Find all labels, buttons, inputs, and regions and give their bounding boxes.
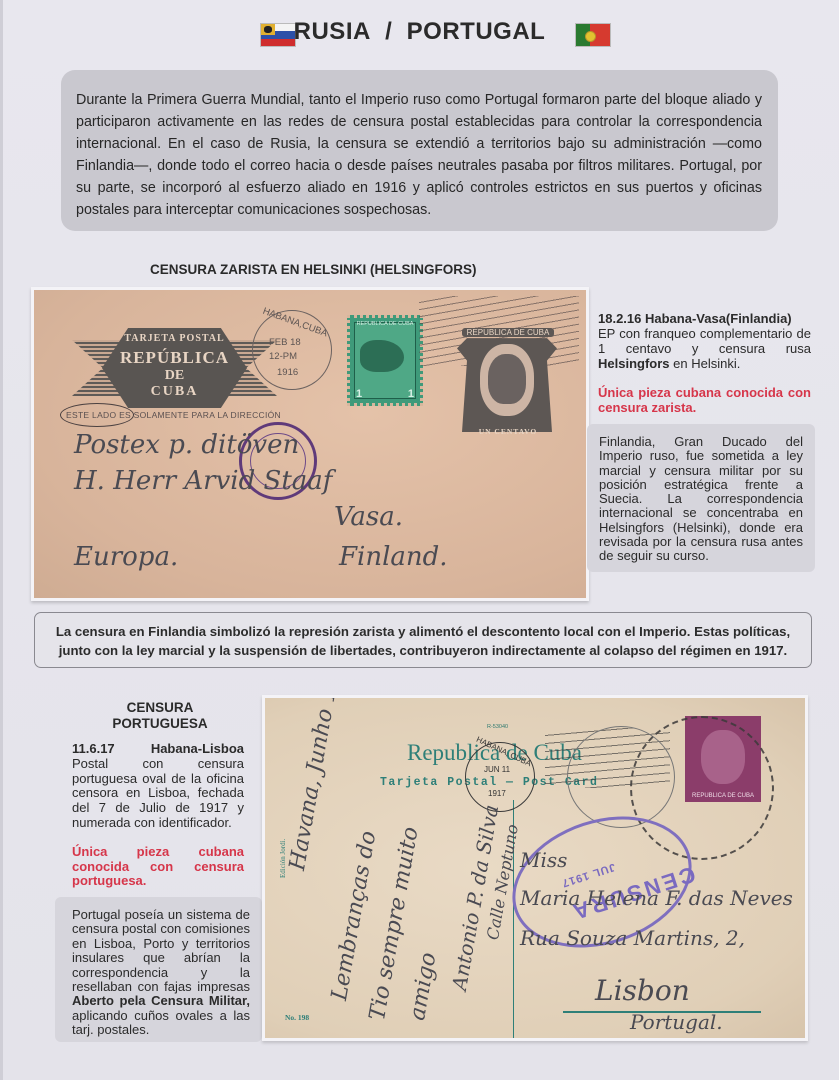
handwriting-line: Postex p. ditöven [74,430,299,460]
card-number: No. 198 [285,1013,309,1022]
title-right: PORTUGAL [407,18,546,46]
postcard1-highlight: Única pieza cubana conocida con censura … [598,385,811,415]
postcard1-description: 18.2.16 Habana-Vasa(Finlandia) EP con fr… [598,311,811,415]
handwriting-line: H. Herr Arvid Staaf [74,466,332,496]
handwriting-line: Lisbon [595,974,690,1007]
postmark-habana: HABANA, CUBA JUN 11 1917 [465,742,535,812]
postcard-habana-vasa: TARJETA POSTAL REPÚBLICA DE CUBA HABANA,… [34,290,586,598]
title-separator: / [385,18,392,46]
address-note: ESTE LADO ES SOLAMENTE PARA LA DIRECCIÓN [66,410,281,420]
intro-box: Durante la Primera Guerra Mundial, tanto… [61,70,778,231]
postcard1-date-route: 18.2.16 Habana-Vasa(Finlandia) [598,311,811,326]
handwriting-line: Europa. [74,542,178,572]
handwriting-line: Miss [520,848,567,872]
section1-title: CENSURA ZARISTA EN HELSINKI (HELSINGFORS… [150,262,477,277]
intro-text: Durante la Primera Guerra Mundial, tanto… [76,89,762,221]
postcard1-desc: EP con franqueo complementario de 1 cent… [598,326,811,371]
portugal-info-box: Portugal poseía un sistema de censura po… [55,897,262,1042]
postcard2-desc: Postal con censura portuguesa oval de la… [72,757,244,831]
page-header: RUSIA / PORTUGAL [0,18,839,52]
card-code: R-53040 [487,724,508,730]
postcard2-highlight: Única pieza cubana conocida con censura … [72,845,244,889]
printed-stamp-un-centavo: REPUBLICA DE CUBA UN CENTAVO [452,322,562,436]
page-title: RUSIA / PORTUGAL [0,18,839,46]
postcard2-date: 11.6.17 [72,742,115,757]
stamp-green-1-centavo: REPUBLICA DE CUBA 1 1 [347,315,423,406]
portugal-flag-icon [575,23,611,47]
finlandia-info-box: Finlandia, Gran Ducado del Imperio ruso,… [587,424,815,572]
album-page: RUSIA / PORTUGAL Durante la Primera Guer… [0,0,839,1080]
handwriting-line: Rua Souza Martins, 2, [520,926,745,950]
handwriting-line: Vasa. [334,502,403,532]
cuba-map-icon [360,340,404,372]
portrait-icon [488,354,526,404]
handwriting-line: Portugal. [630,1010,723,1034]
summary-banner: La censura en Finlandia simbolizó la rep… [34,612,812,668]
page-edge [0,0,3,1080]
postcard2-route: Habana-Lisboa [151,742,244,757]
handwriting-line: Maria Helena F. das Neves [520,886,793,910]
handwriting-line: Finland. [339,542,448,572]
title-left: RUSIA [294,18,371,46]
section2-title: CENSURA PORTUGUESA [60,700,260,732]
postmark-habana: HABANA,CUBA FEB 18 12-PM 1916 [252,310,332,390]
postcard2-description: 11.6.17Habana-Lisboa Postal con censura … [72,742,244,889]
postcard-habana-lisboa: R-53040 Republica de Cuba Tarjeta Postal… [265,698,805,1038]
